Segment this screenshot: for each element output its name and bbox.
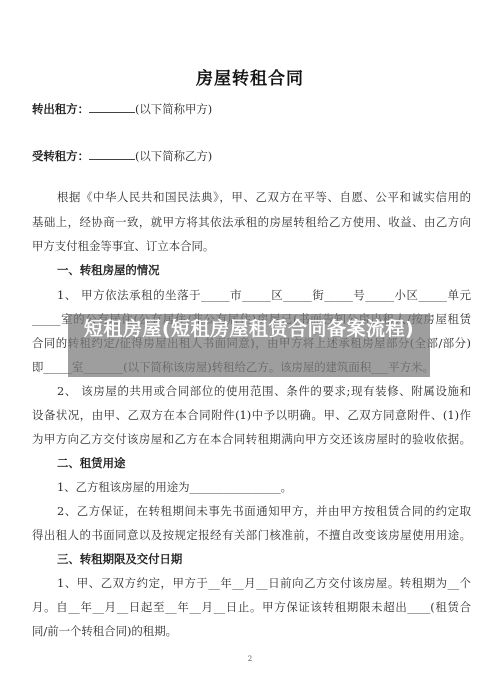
lessee-note: (以下简称乙方) [135, 149, 212, 163]
clause-line: 1、 甲方依法承租的坐落于_____市_____区_____街_____号___… [57, 288, 471, 302]
section-heading: 三、转租期限及交付日期 [57, 552, 497, 566]
section-heading: 二、租赁用途 [57, 456, 497, 470]
clause-line: 为甲方向乙方交付该房屋和乙方在本合同转租期满向甲方交还该房屋时的验收依据。 [32, 432, 471, 446]
page-number: 2 [0, 655, 500, 663]
document-title: 房屋转租合同 [0, 64, 500, 89]
document-page: 房屋转租合同 转出租方：(以下简称甲方) 受转租方：(以下简称乙方) 根据《中华… [0, 0, 500, 693]
caption-overlay-text: 短租房屋(短租房屋租赁合同备案流程) [68, 316, 430, 343]
section-heading: 一、转租房屋的情况 [57, 263, 497, 277]
lessee-label: 受转租方： [32, 149, 89, 163]
lessor-label: 转出租方： [32, 102, 89, 116]
clause-line: 2、 该房屋的共用或合同部位的使用范围、条件的要求;现有装修、附属设施和 [57, 384, 471, 398]
preamble-line: 根据《中华人民共和国民法典》，甲、乙双方在平等、自愿、公平和诚实信用的 [57, 190, 471, 204]
lessee-blank [89, 149, 135, 160]
clause-line: 1、甲、乙双方约定，甲方于__年__月__日前向乙方交付该房屋。转租期为__个 [57, 576, 471, 590]
lessee-line: 受转租方：(以下简称乙方) [32, 149, 472, 163]
clause-line: 月。自__年__月__日起至__年__月__日止。甲方保证该转租期限未超出___… [32, 600, 471, 614]
preamble-line: 甲方支付租金等事宜、订立本合同。 [32, 239, 472, 253]
clause-line: 1、乙方租该房屋的用途为________________。 [57, 480, 497, 494]
lessor-blank [89, 102, 135, 113]
preamble-line: 基础上，经协商一致，就甲方将其依法承租的房屋转租给乙方使用、收益、由乙方向 [32, 215, 471, 229]
clause-line: 得出租人的书面同意以及按规定报经有关部门核准前，不擅自改变该房屋使用用途。 [32, 528, 471, 542]
lessor-line: 转出租方：(以下简称甲方) [32, 102, 472, 116]
lessor-note: (以下简称甲方) [135, 102, 212, 116]
clause-line: 同/前一个转租合同)的租期。 [32, 624, 472, 638]
clause-line: 2、乙方保证，在转租期间未事先书面通知甲方，并由甲方按租赁合同的约定取 [57, 504, 471, 518]
clause-line: 设备状况，由甲、乙双方在本合同附件(1)中予以明确。甲、乙双方同意附件、(1)作 [32, 408, 471, 422]
